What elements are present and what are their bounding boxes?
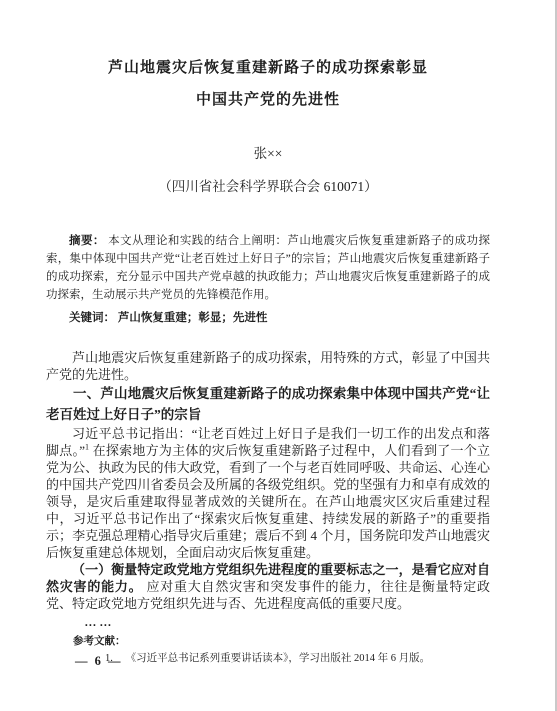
page-number: — 6 — (75, 654, 123, 669)
reference-item: 1. 《习近平总书记系列重要讲话读本》，学习出版社 2014 年 6 月版。 (105, 652, 490, 666)
author-affiliation: （四川省社会科学界联合会 610071） (46, 179, 490, 195)
reference-text: 《习近平总书记系列重要讲话读本》，学习出版社 2014 年 6 月版。 (126, 653, 431, 664)
section-1-paragraph: 习近平总书记指出：“让老百姓过上好日子是我们一切工作的出发点和落脚点。”1 在探… (46, 425, 490, 561)
document-page: 芦山地震灾后恢复重建新路子的成功探索彰显 中国共产党的先进性 张×× （四川省社… (0, 0, 557, 711)
abstract-label: 摘要： (69, 235, 105, 247)
intro-paragraph: 芦山地震灾后恢复重建新路子的成功探索，用特殊的方式，彰显了中国共产党的先进性。 (46, 349, 490, 383)
references-heading: 参考文献： (73, 635, 490, 649)
abstract-text: 本文从理论和实践的结合上阐明：芦山地震灾后恢复重建新路子的成功探索，集中体现中国… (46, 235, 490, 301)
author-name: 张×× (46, 146, 490, 162)
paper-title-line1: 芦山地震灾后恢复重建新路子的成功探索彰显 (46, 52, 490, 84)
keywords-text: 芦山恢复重建；彰显；先进性 (118, 312, 268, 324)
paper-title: 芦山地震灾后恢复重建新路子的成功探索彰显 中国共产党的先进性 (46, 0, 490, 116)
keywords-label: 关键词： (69, 312, 115, 324)
abstract-paragraph: 摘要： 本文从理论和实践的结合上阐明：芦山地震灾后恢复重建新路子的成功探索，集中… (46, 232, 490, 304)
page-content: 芦山地震灾后恢复重建新路子的成功探索彰显 中国共产党的先进性 张×× （四川省社… (0, 0, 557, 666)
paragraph-text-after-footnote: 在探索地方为主体的灾后恢复重建新路子过程中，人们看到了一个立党为公、执政为民的伟… (46, 443, 490, 560)
footnote-marker: 1 (85, 443, 89, 452)
section-1-heading: 一、芦山地震灾后恢复重建新路子的成功探索集中体现中国共产党“让老百姓过上好日子”… (46, 383, 490, 425)
paper-title-line2: 中国共产党的先进性 (46, 84, 490, 116)
omission-ellipsis: …… (46, 615, 490, 630)
subsection-paragraph: （一）衡量特定政党地方党组织先进程度的重要标志之一，是看它应对自然灾害的能力。 … (46, 561, 490, 612)
keywords-line: 关键词： 芦山恢复重建；彰显；先进性 (46, 309, 490, 327)
